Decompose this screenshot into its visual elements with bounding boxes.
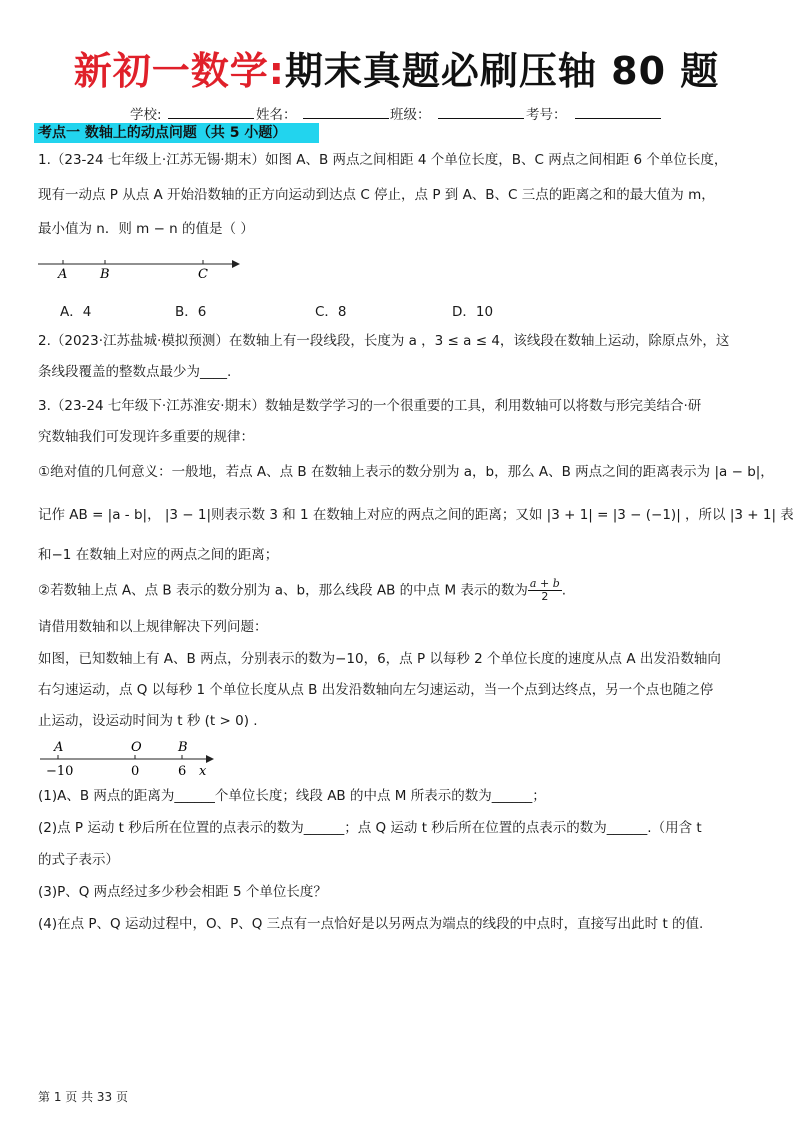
q3-sub3: (3)P、Q 两点经过多少秒会相距 5 个单位长度？ [38, 882, 758, 902]
arrow-right-icon [206, 755, 214, 763]
axis-point-b: B [177, 740, 188, 755]
q1-choice-c[interactable]: C．8 [315, 300, 347, 320]
axis-point-o: O [131, 740, 142, 755]
axis-label-b: B [99, 267, 110, 282]
title-red-part: 新初一数学: [74, 49, 285, 93]
axis-label-c: C [198, 267, 208, 282]
q1-choice-d[interactable]: D．10 [452, 300, 493, 320]
q3-rule1-line3: 和−1 在数轴上对应的两点之间的距离； [38, 545, 758, 565]
midpoint-fraction: a + b2 [528, 578, 562, 603]
name-label: 姓名： [256, 103, 297, 123]
document-title: 新初一数学:期末真题必刷压轴 80 题 [0, 40, 793, 95]
q3-rule2-end: . [562, 583, 566, 599]
q1-line1: 1.（23-24 七年级上·江苏无锡·期末）如图 A、B 两点之间相距 4 个单… [38, 150, 758, 170]
q1-number-line: A B C [36, 254, 246, 284]
page-footer: 第 1 页 共 33 页 [38, 1088, 128, 1105]
q1-line3: 最小值为 n．则 m − n 的值是（ ） [38, 219, 758, 239]
fraction-denominator: 2 [528, 591, 562, 603]
q3-rule1-line1: ①绝对值的几何意义：一般地，若点 A、点 B 在数轴上表示的数分别为 a，b，那… [38, 462, 758, 482]
q1-choice-b[interactable]: B．6 [175, 300, 206, 320]
q3-sub4: (4)在点 P、Q 运动过程中，O、P、Q 三点有一点恰好是以另两点为端点的线段… [38, 914, 758, 934]
q3-sub2-line2: 的式子表示） [38, 850, 758, 870]
axis-var-x: x [199, 764, 207, 779]
q2-line2: 条线段覆盖的整数点最少为____. [38, 362, 758, 382]
tick-6: 6 [178, 764, 186, 779]
tick-0: 0 [131, 764, 139, 779]
q1-choice-a[interactable]: A．4 [60, 300, 91, 320]
q3-number-line: A O B −10 0 6 x [38, 738, 218, 780]
q3-rule2-text: ②若数轴上点 A、点 B 表示的数分别为 a、b，那么线段 AB 的中点 M 表… [38, 583, 528, 599]
arrow-right-icon [232, 260, 240, 268]
q1-line2: 现有一动点 P 从点 A 开始沿数轴的正方向运动到达点 C 停止，点 P 到 A… [38, 185, 758, 205]
tick-minus-10: −10 [46, 764, 73, 779]
q2-line1: 2.（2023·江苏盐城·模拟预测）在数轴上有一段线段，长度为 a ，3 ≤ a… [38, 331, 758, 351]
q3-line1: 3.（23-24 七年级下·江苏淮安·期末）数轴是数学学习的一个很重要的工具，利… [38, 396, 758, 416]
section-heading: 考点一 数轴上的动点问题（共 5 小题） [34, 123, 319, 143]
q3-setup-line3: 止运动，设运动时间为 t 秒 (t > 0) . [38, 711, 758, 731]
axis-point-a: A [53, 740, 63, 755]
name-blank[interactable] [303, 118, 389, 119]
q3-setup-line1: 如图，已知数轴上有 A、B 两点，分别表示的数为−10，6，点 P 以每秒 2 … [38, 649, 758, 669]
class-blank[interactable] [438, 118, 524, 119]
q3-rule2: ②若数轴上点 A、点 B 表示的数分别为 a、b，那么线段 AB 的中点 M 表… [38, 578, 758, 603]
title-black-part: 期末真题必刷压轴 80 题 [285, 49, 719, 93]
exam-no-label: 考号： [526, 103, 567, 123]
exam-no-blank[interactable] [575, 118, 661, 119]
axis-label-a: A [57, 267, 67, 282]
school-blank[interactable] [168, 118, 254, 119]
q3-rule1-line2: 记作 AB = |a - b|， |3 − 1|则表示数 3 和 1 在数轴上对… [38, 505, 758, 525]
q3-setup-line2: 右匀速运动，点 Q 以每秒 1 个单位长度从点 B 出发沿数轴向左匀速运动，当一… [38, 680, 758, 700]
q3-sub2-line1: (2)点 P 运动 t 秒后所在位置的点表示的数为______；点 Q 运动 t… [38, 818, 758, 838]
q3-sub1: (1)A、B 两点的距离为______个单位长度；线段 AB 的中点 M 所表示… [38, 786, 758, 806]
school-label: 学校: [130, 103, 162, 123]
class-label: 班级： [390, 103, 431, 123]
q3-instruction: 请借用数轴和以上规律解决下列问题： [38, 617, 758, 637]
q3-line2: 究数轴我们可发现许多重要的规律： [38, 427, 758, 447]
